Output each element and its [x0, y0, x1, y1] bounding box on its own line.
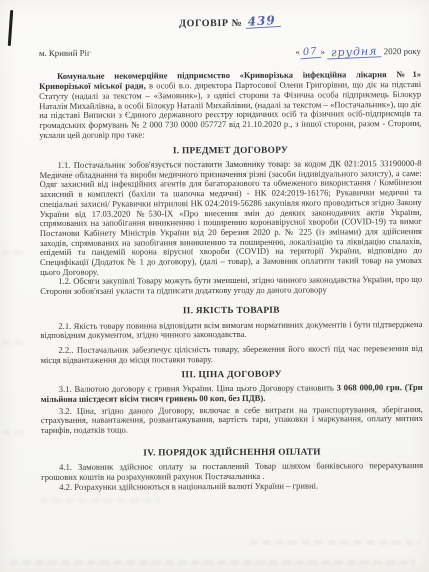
paragraph-1-1: 1.1. Постачальник зобов'язується постави…: [40, 159, 423, 277]
paragraph-4-1: 4.1. Замовник здійснює оплату за поставл…: [41, 461, 423, 482]
bleedthrough-artifact: [2, 430, 26, 435]
bleedthrough-artifact: [2, 340, 26, 345]
handwritten-day: 07: [299, 47, 320, 59]
bleedthrough-artifact: [40, 498, 160, 503]
section-heading-3: ІІІ. ЦІНА ДОГОВОРУ: [41, 370, 423, 382]
handwritten-contract-number: 439: [245, 16, 281, 29]
section-heading-4: ІV. ПОРЯДОК ЗДІЙСНЕННЯ ОПЛАТИ: [41, 448, 423, 460]
preamble-paragraph: Комунальне некомерційне підприємство «Кр…: [39, 70, 421, 140]
document-content: ДОГОВІР № 439 м. Кривий Ріг «07» грудня …: [39, 17, 423, 492]
paragraph-2-2: 2.2.. Постачальник забезпечує цілісність…: [40, 344, 422, 365]
document-title-label: ДОГОВІР №: [179, 18, 242, 29]
paragraph-4-2: 4.2. Розрахунки здійснюються в національ…: [41, 481, 423, 493]
scanned-contract-page: ДОГОВІР № 439 м. Кривий Ріг «07» грудня …: [0, 0, 429, 572]
city-label: м. Кривий Ріг: [39, 48, 91, 58]
paragraph-1-2: 1.2. Обсяги закупівлі Товару можуть бути…: [40, 275, 422, 296]
date-close-quote: »: [320, 46, 324, 56]
contract-date: «07» грудня 2020 року: [295, 46, 421, 58]
date-year: 2020 року: [384, 46, 421, 56]
bleedthrough-artifact: [10, 560, 415, 565]
handwritten-month: грудня: [327, 46, 382, 59]
document-title: ДОГОВІР № 439: [39, 17, 421, 30]
scan-artifact-mark: [8, 10, 14, 46]
bleedthrough-artifact: [250, 540, 420, 545]
section-heading-2: ІІ. ЯКІСТЬ ТОВАРІВ: [40, 306, 422, 318]
bleedthrough-artifact: [2, 250, 28, 255]
city-date-row: м. Кривий Ріг «07» грудня 2020 року: [39, 46, 421, 60]
section-heading-1: І. ПРЕДМЕТ ДОГОВОРУ: [39, 146, 421, 158]
paragraph-3-2: 3.2. Ціна, згідно даного Договору, включ…: [41, 404, 423, 435]
paragraph-3-1: 3.1. Валютою договору є гривня України. …: [41, 383, 423, 404]
paragraph-2-1: 2.1. Якість товару повинна відповідати в…: [40, 320, 422, 341]
